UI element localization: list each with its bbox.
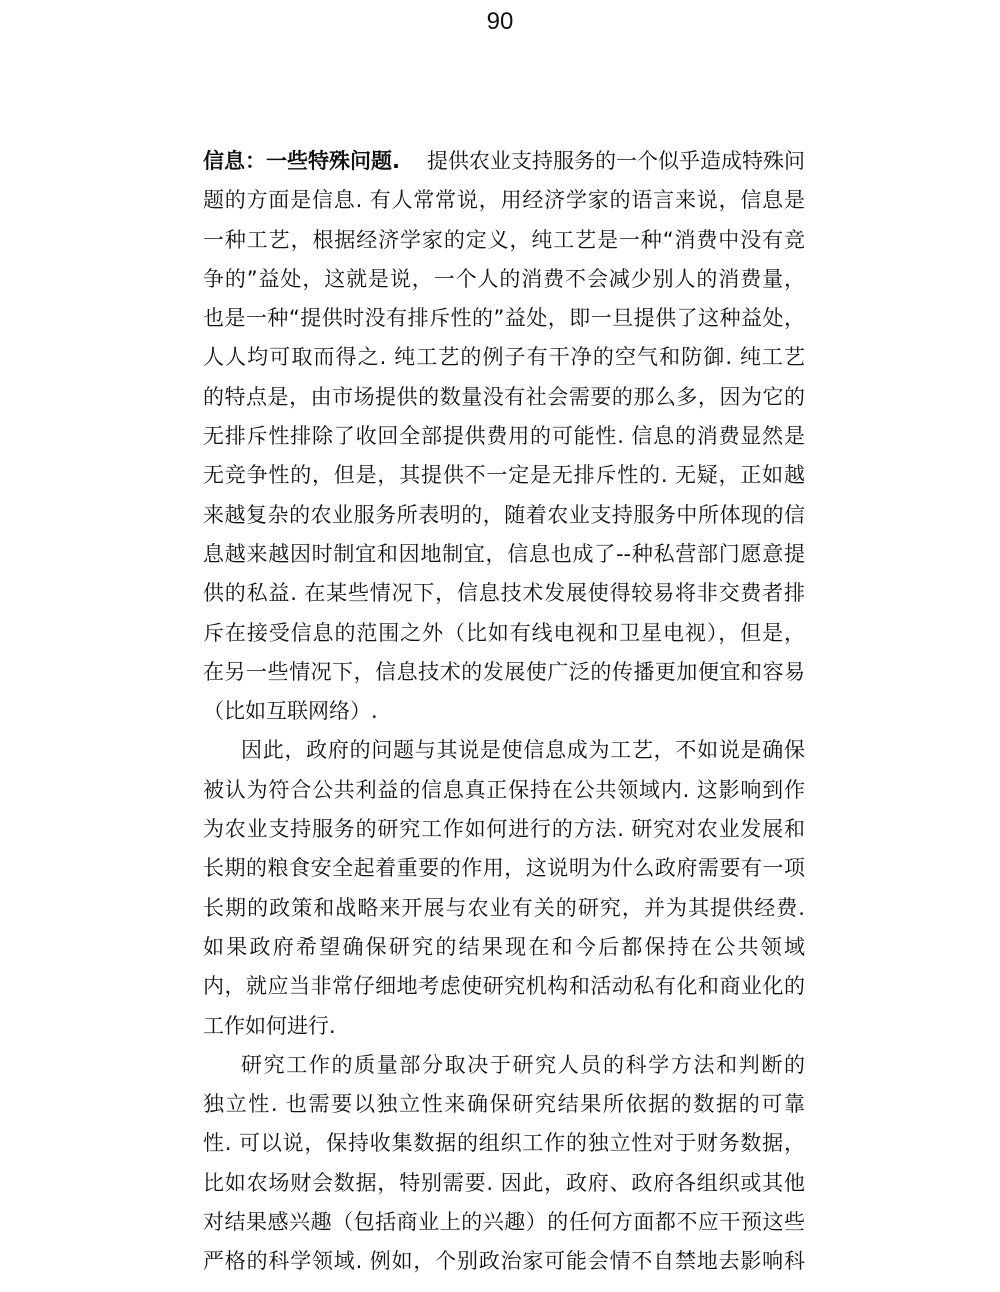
text-line: 内，就应当非常仔细地考虑使研究机构和活动私有化和商业化的 bbox=[203, 967, 805, 1006]
text-line: 来越复杂的农业服务所表明的，随着农业支持服务中所体现的信 bbox=[203, 496, 805, 535]
text-line: 被认为符合公共利益的信息真正保持在公共领域内. 这影响到作 bbox=[203, 771, 805, 810]
text-line: 比如农场财会数据，特别需要. 因此，政府、政府各组织或其他 bbox=[203, 1164, 805, 1203]
text-line: 斥在接受信息的范围之外（比如有线电视和卫星电视），但是， bbox=[203, 614, 805, 653]
text-line: 独立性. 也需要以独立性来确保研究结果所依据的数据的可靠 bbox=[203, 1085, 805, 1124]
text-line: 一种工艺，根据经济学家的定义，纯工艺是一种“消费中没有竞 bbox=[203, 221, 805, 260]
text-line: 如果政府希望确保研究的结果现在和今后都保持在公共领域 bbox=[203, 928, 805, 967]
text-line: 题的方面是信息. 有人常常说，用经济学家的语言来说，信息是 bbox=[203, 181, 805, 220]
text-line: 无竞争性的，但是，其提供不一定是无排斥性的. 无疑，正如越 bbox=[203, 456, 805, 495]
text-line: 争的”益处，这就是说，一个人的消费不会减少别人的消费量， bbox=[203, 260, 805, 299]
text-line: 严格的科学领域. 例如，个别政治家可能会情不自禁地去影响科 bbox=[203, 1242, 805, 1281]
text-line: 长期的政策和战略来开展与农业有关的研究，并为其提供经费. bbox=[203, 889, 805, 928]
text-line: 在另一些情况下，信息技术的发展使广泛的传播更加便宜和容易 bbox=[203, 653, 805, 692]
paragraph-2-first-line: 因此，政府的问题与其说是使信息成为工艺，不如说是确保 bbox=[203, 731, 805, 770]
section-heading: 信息：一些特殊问题. bbox=[203, 142, 400, 181]
page-number: 90 bbox=[0, 8, 1000, 36]
text-line: 供的私益. 在某些情况下，信息技术发展使得较易将非交费者排 bbox=[203, 574, 805, 613]
text-line: 无排斥性排除了收回全部提供费用的可能性. 信息的消费显然是 bbox=[203, 417, 805, 456]
text-line: 也是一种“提供时没有排斥性的”益处，即一旦提供了这种益处， bbox=[203, 299, 805, 338]
text-run: 提供农业支持服务的一个似乎造成特殊问 bbox=[427, 142, 805, 181]
text-line: （比如互联网络）. bbox=[203, 692, 805, 731]
text-line: 人人均可取而得之. 纯工艺的例子有干净的空气和防御. 纯工艺 bbox=[203, 338, 805, 377]
paragraph-3-first-line: 研究工作的质量部分取决于研究人员的科学方法和判断的 bbox=[203, 1046, 805, 1085]
text-line: 对结果感兴趣（包括商业上的兴趣）的任何方面都不应干预这些 bbox=[203, 1203, 805, 1242]
text-line: 性. 可以说，保持收集数据的组织工作的独立性对于财务数据， bbox=[203, 1124, 805, 1163]
paragraph-1-line-1: 信息：一些特殊问题.提供农业支持服务的一个似乎造成特殊问 bbox=[203, 142, 805, 181]
text-line: 工作如何进行. bbox=[203, 1007, 805, 1046]
text-line: 息越来越因时制宜和因地制宜，信息也成了--种私营部门愿意提 bbox=[203, 535, 805, 574]
text-line: 的特点是，由市场提供的数量没有社会需要的那么多，因为它的 bbox=[203, 378, 805, 417]
text-line: 长期的粮食安全起着重要的作用，这说明为什么政府需要有一项 bbox=[203, 849, 805, 888]
text-line: 为农业支持服务的研究工作如何进行的方法. 研究对农业发展和 bbox=[203, 810, 805, 849]
document-body: 信息：一些特殊问题.提供农业支持服务的一个似乎造成特殊问 题的方面是信息. 有人… bbox=[203, 142, 805, 1282]
